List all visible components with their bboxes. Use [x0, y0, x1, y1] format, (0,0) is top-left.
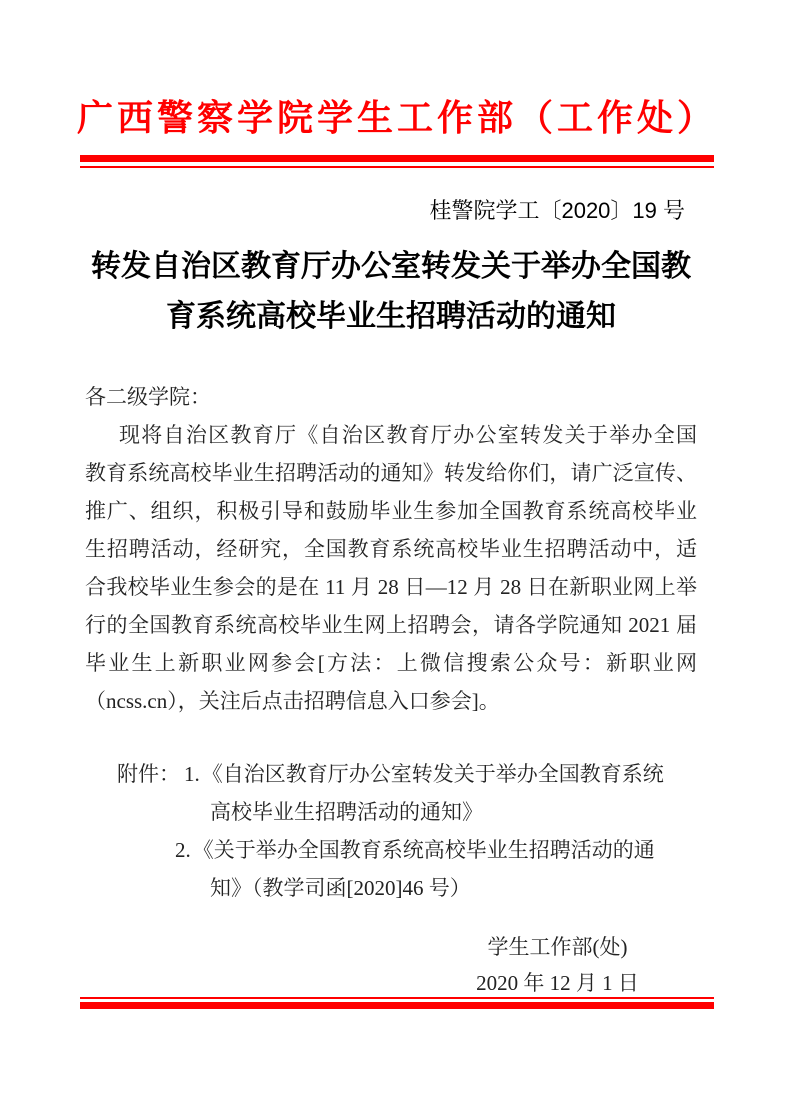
signature-date: 2020 年 12 月 1 日 — [415, 965, 700, 1001]
red-separator-bottom-thick-bar — [80, 1002, 714, 1009]
document-page: 广西警察学院学生工作部（工作处） 桂警院学工〔2020〕19 号 转发自治区教育… — [0, 0, 794, 1108]
document-title: 转发自治区教育厅办公室转发关于举办全国教 育系统高校毕业生招聘活动的通知 — [85, 242, 697, 342]
body-line: 现将自治区教育厅《自治区教育厅办公室转发关于举办全国 — [85, 416, 697, 454]
red-separator-top — [80, 155, 714, 168]
red-separator-top-thick-bar — [80, 155, 714, 162]
salutation: 各二级学院： — [85, 378, 697, 416]
red-separator-top-thin-bar — [80, 166, 714, 168]
body-line: 生招聘活动，经研究，全国教育系统高校毕业生招聘活动中，适 — [85, 530, 697, 568]
attachment-item-1-line-2: 高校毕业生招聘活动的通知》 — [85, 793, 697, 831]
body-line: 推广、组织，积极引导和鼓励毕业生参加全国教育系统高校毕业 — [85, 492, 697, 530]
attachment-item-2-line-2: 知》（教学司函[2020]46 号） — [85, 869, 697, 907]
attachment-item-2-title-start: 《关于举办全国教育系统高校毕业生招聘活动的通 — [193, 838, 655, 862]
attachment-item-1-title-start: 《自治区教育厅办公室转发关于举办全国教育系统 — [202, 762, 664, 786]
signature-block: 学生工作部(处) 2020 年 12 月 1 日 — [415, 929, 700, 1001]
signature-department: 学生工作部(处) — [415, 929, 700, 965]
body-line: 行的全国教育系统高校毕业生网上招聘会，请各学院通知 2021 届 — [85, 606, 697, 644]
body-line: 毕业生上新职业网参会[方法：上微信搜索公众号：新职业网 — [85, 644, 697, 682]
body-text: 各二级学院： 现将自治区教育厅《自治区教育厅办公室转发关于举办全国 教育系统高校… — [85, 378, 697, 720]
attachment-item-1-line-1: 附件：1.《自治区教育厅办公室转发关于举办全国教育系统 — [85, 755, 697, 793]
doc-number: 桂警院学工〔2020〕19 号 — [429, 194, 685, 228]
red-separator-bottom — [80, 997, 714, 1009]
body-line: 教育系统高校毕业生招聘活动的通知》转发给你们，请广泛宣传、 — [85, 454, 697, 492]
attachments-list: 附件：1.《自治区教育厅办公室转发关于举办全国教育系统 高校毕业生招聘活动的通知… — [85, 755, 697, 907]
document-title-line-2: 育系统高校毕业生招聘活动的通知 — [85, 292, 697, 342]
body-line: 合我校毕业生参会的是在 11 月 28 日—12 月 28 日在新职业网上举 — [85, 568, 697, 606]
attachment-item-2-line-1: 2.《关于举办全国教育系统高校毕业生招聘活动的通 — [85, 831, 697, 869]
attachments-label: 附件： — [117, 762, 180, 786]
body-line: （ncss.cn），关注后点击招聘信息入口参会]。 — [85, 682, 697, 720]
attachment-item-2-number: 2. — [171, 838, 193, 862]
document-title-line-1: 转发自治区教育厅办公室转发关于举办全国教 — [85, 242, 697, 292]
letterhead-org-title: 广西警察学院学生工作部（工作处） — [0, 90, 794, 146]
attachment-item-1-number: 1. — [180, 762, 202, 786]
